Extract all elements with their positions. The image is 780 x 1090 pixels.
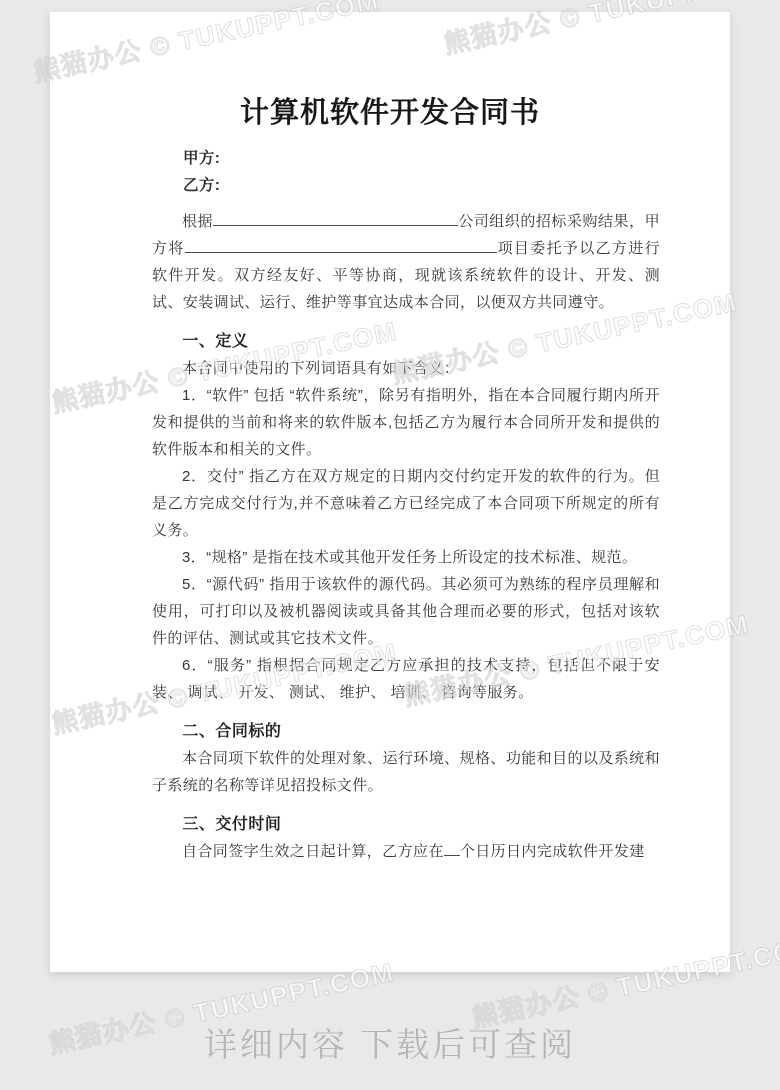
section-3-paragraph: 自合同签字生效之日起计算，乙方应在个日历日内完成软件开发建 <box>152 838 660 865</box>
preview-canvas: 计算机软件开发合同书 甲方: 乙方: 根据公司组织的招标采购结果，甲方将项目委托… <box>0 0 780 1090</box>
party-b-line: 乙方: <box>152 172 660 199</box>
definition-item-1: 1．“软件” 包括 “软件系统”，除另有指明外，指在本合同履行期内所开发和提供的… <box>152 382 660 463</box>
definition-item-6: 6．“服务” 指根据合同规定乙方应承担的技术支持，包括但不限于安装、 调试、 开… <box>152 652 660 706</box>
section-2-heading: 二、合同标的 <box>152 718 660 745</box>
document-page: 计算机软件开发合同书 甲方: 乙方: 根据公司组织的招标采购结果，甲方将项目委托… <box>50 12 730 972</box>
section-3-text-1: 自合同签字生效之日起计算，乙方应在 <box>182 843 444 860</box>
definition-item-5: 5．“源代码” 指用于该软件的源代码。其必须可为熟练的程序员理解和使用，可打印以… <box>152 571 660 652</box>
section-1-heading: 一、定义 <box>152 328 660 355</box>
company-name-blank <box>213 211 458 226</box>
footer-caption: 详细内容 下载后可查阅 <box>0 1023 780 1067</box>
delivery-days-blank <box>444 841 460 856</box>
section-1-lead: 本合同中使用的下列词语具有如下含义： <box>152 355 660 382</box>
section-3-text-2: 个日历日内完成软件开发建 <box>460 843 645 860</box>
document-title: 计算机软件开发合同书 <box>50 92 730 134</box>
intro-paragraph: 根据公司组织的招标采购结果，甲方将项目委托予以乙方进行软件开发。双方经友好、平等… <box>152 208 660 316</box>
section-2-body: 本合同项下软件的处理对象、运行环境、规格、功能和目的以及系统和子系统的名称等详见… <box>152 745 660 799</box>
definition-item-3: 3．“规格” 是指在技术或其他开发任务上所设定的技术标准、规范。 <box>152 544 660 571</box>
section-3-heading: 三、交付时间 <box>152 811 660 838</box>
intro-text-1: 根据 <box>182 213 213 230</box>
party-a-line: 甲方: <box>152 145 660 172</box>
project-name-blank <box>185 238 497 253</box>
definition-item-2: 2．交付” 指乙方在双方规定的日期内交付约定开发的软件的行为。但是乙方完成交付行… <box>152 463 660 544</box>
